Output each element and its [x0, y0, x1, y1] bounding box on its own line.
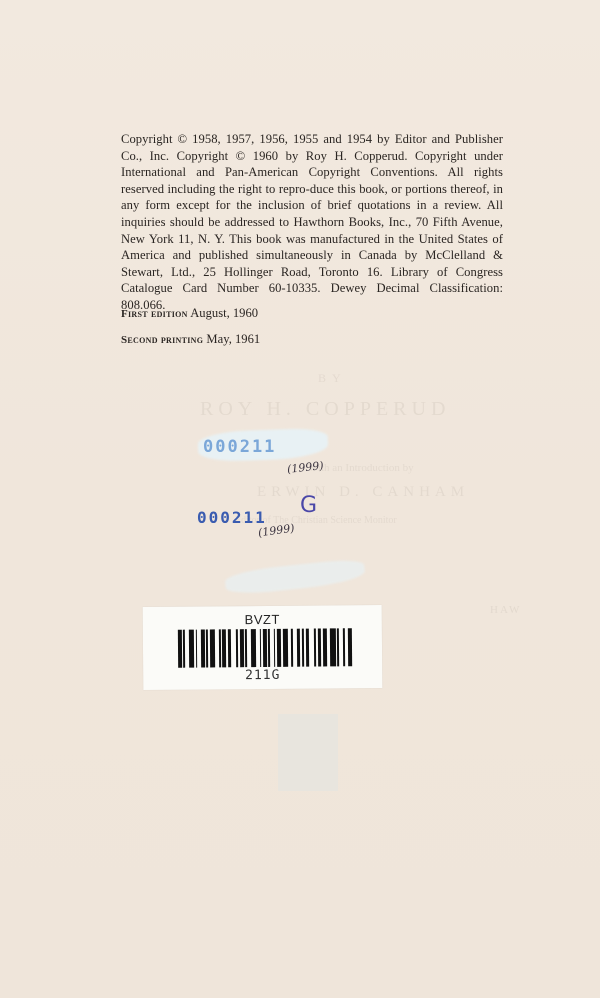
book-page: BY ROY H. COPPERUD With an Introduction …	[0, 0, 600, 998]
show-through-publisher: HAW	[490, 604, 521, 616]
accession-stamp: 000211	[203, 437, 276, 457]
second-printing-line: Second printing May, 1961	[121, 331, 260, 348]
barcode-label: BVZT 211G	[143, 605, 383, 690]
show-through-by: BY	[318, 371, 347, 386]
barcode-label-number: 211G	[143, 667, 382, 684]
first-edition-date: August, 1960	[190, 306, 258, 320]
first-edition-line: First edition August, 1960	[121, 305, 258, 322]
accession-stamp: 000211	[197, 508, 267, 527]
handwritten-letter: G	[300, 493, 317, 518]
second-printing-label: Second printing	[121, 334, 203, 346]
second-printing-date: May, 1961	[206, 332, 260, 346]
show-through-author: ROY H. COPPERUD	[200, 398, 450, 421]
correction-fluid-patch	[224, 558, 366, 597]
show-through-rectangle	[278, 714, 338, 791]
show-through-intro-name: ERWIN D. CANHAM	[257, 484, 469, 501]
barcode-label-top-text: BVZT	[143, 611, 382, 628]
copyright-paragraph: Copyright © 1958, 1957, 1956, 1955 and 1…	[121, 131, 503, 314]
barcode-icon	[178, 628, 354, 668]
first-edition-label: First edition	[121, 308, 188, 320]
